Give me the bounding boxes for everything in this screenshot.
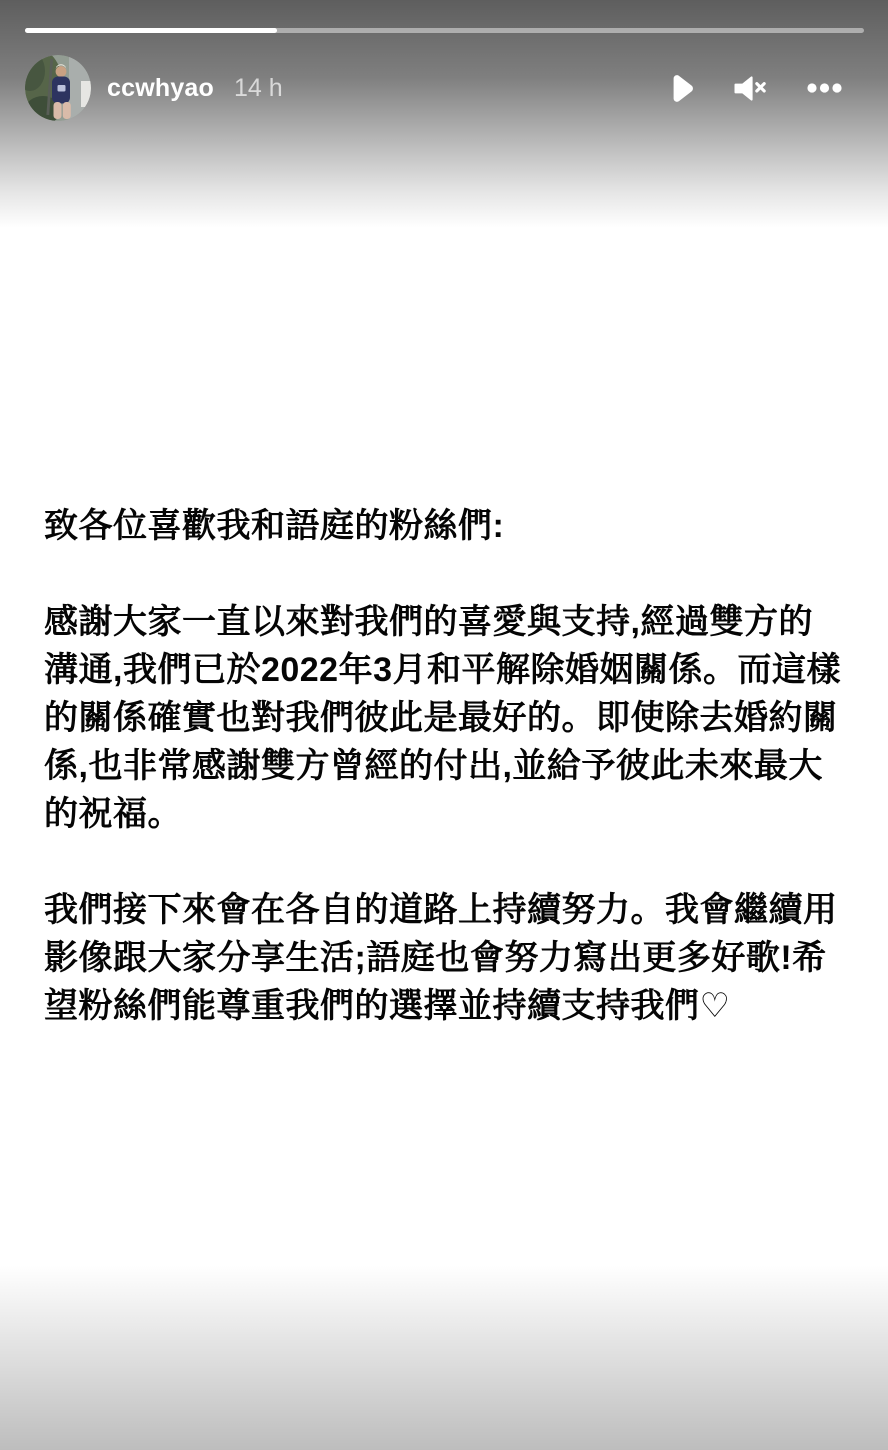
story-viewport: ccwhyao 14 h — [0, 0, 888, 1450]
username[interactable]: ccwhyao — [107, 74, 214, 103]
story-controls — [670, 73, 842, 104]
more-options-button[interactable] — [807, 83, 842, 93]
progress-fill — [25, 28, 277, 33]
story-header: ccwhyao 14 h — [25, 55, 842, 121]
audio-off-icon — [734, 75, 767, 102]
more-options-icon — [807, 83, 842, 93]
play-button[interactable] — [670, 73, 694, 104]
story-paragraph-closing: 我們接下來會在各自的道路上持續努力。我會繼續用影像跟大家分享生活;語庭也會努力寫… — [44, 886, 846, 1030]
story-text-block: 致各位喜歡我和語庭的粉絲們: 感謝大家一直以來對我們的喜愛與支持,經過雙方的溝通… — [44, 502, 846, 1030]
profile-photo — [25, 55, 91, 121]
play-icon — [670, 73, 694, 104]
mute-button[interactable] — [734, 75, 767, 102]
story-paragraph-greeting: 致各位喜歡我和語庭的粉絲們: — [44, 502, 846, 550]
bottom-gradient-scrim — [0, 1265, 888, 1450]
story-paragraph-announcement: 感謝大家一直以來對我們的喜愛與支持,經過雙方的溝通,我們已於2022年3月和平解… — [44, 598, 846, 838]
story-progress-bar — [25, 28, 864, 33]
story-timestamp: 14 h — [234, 74, 283, 103]
avatar[interactable] — [25, 55, 91, 121]
